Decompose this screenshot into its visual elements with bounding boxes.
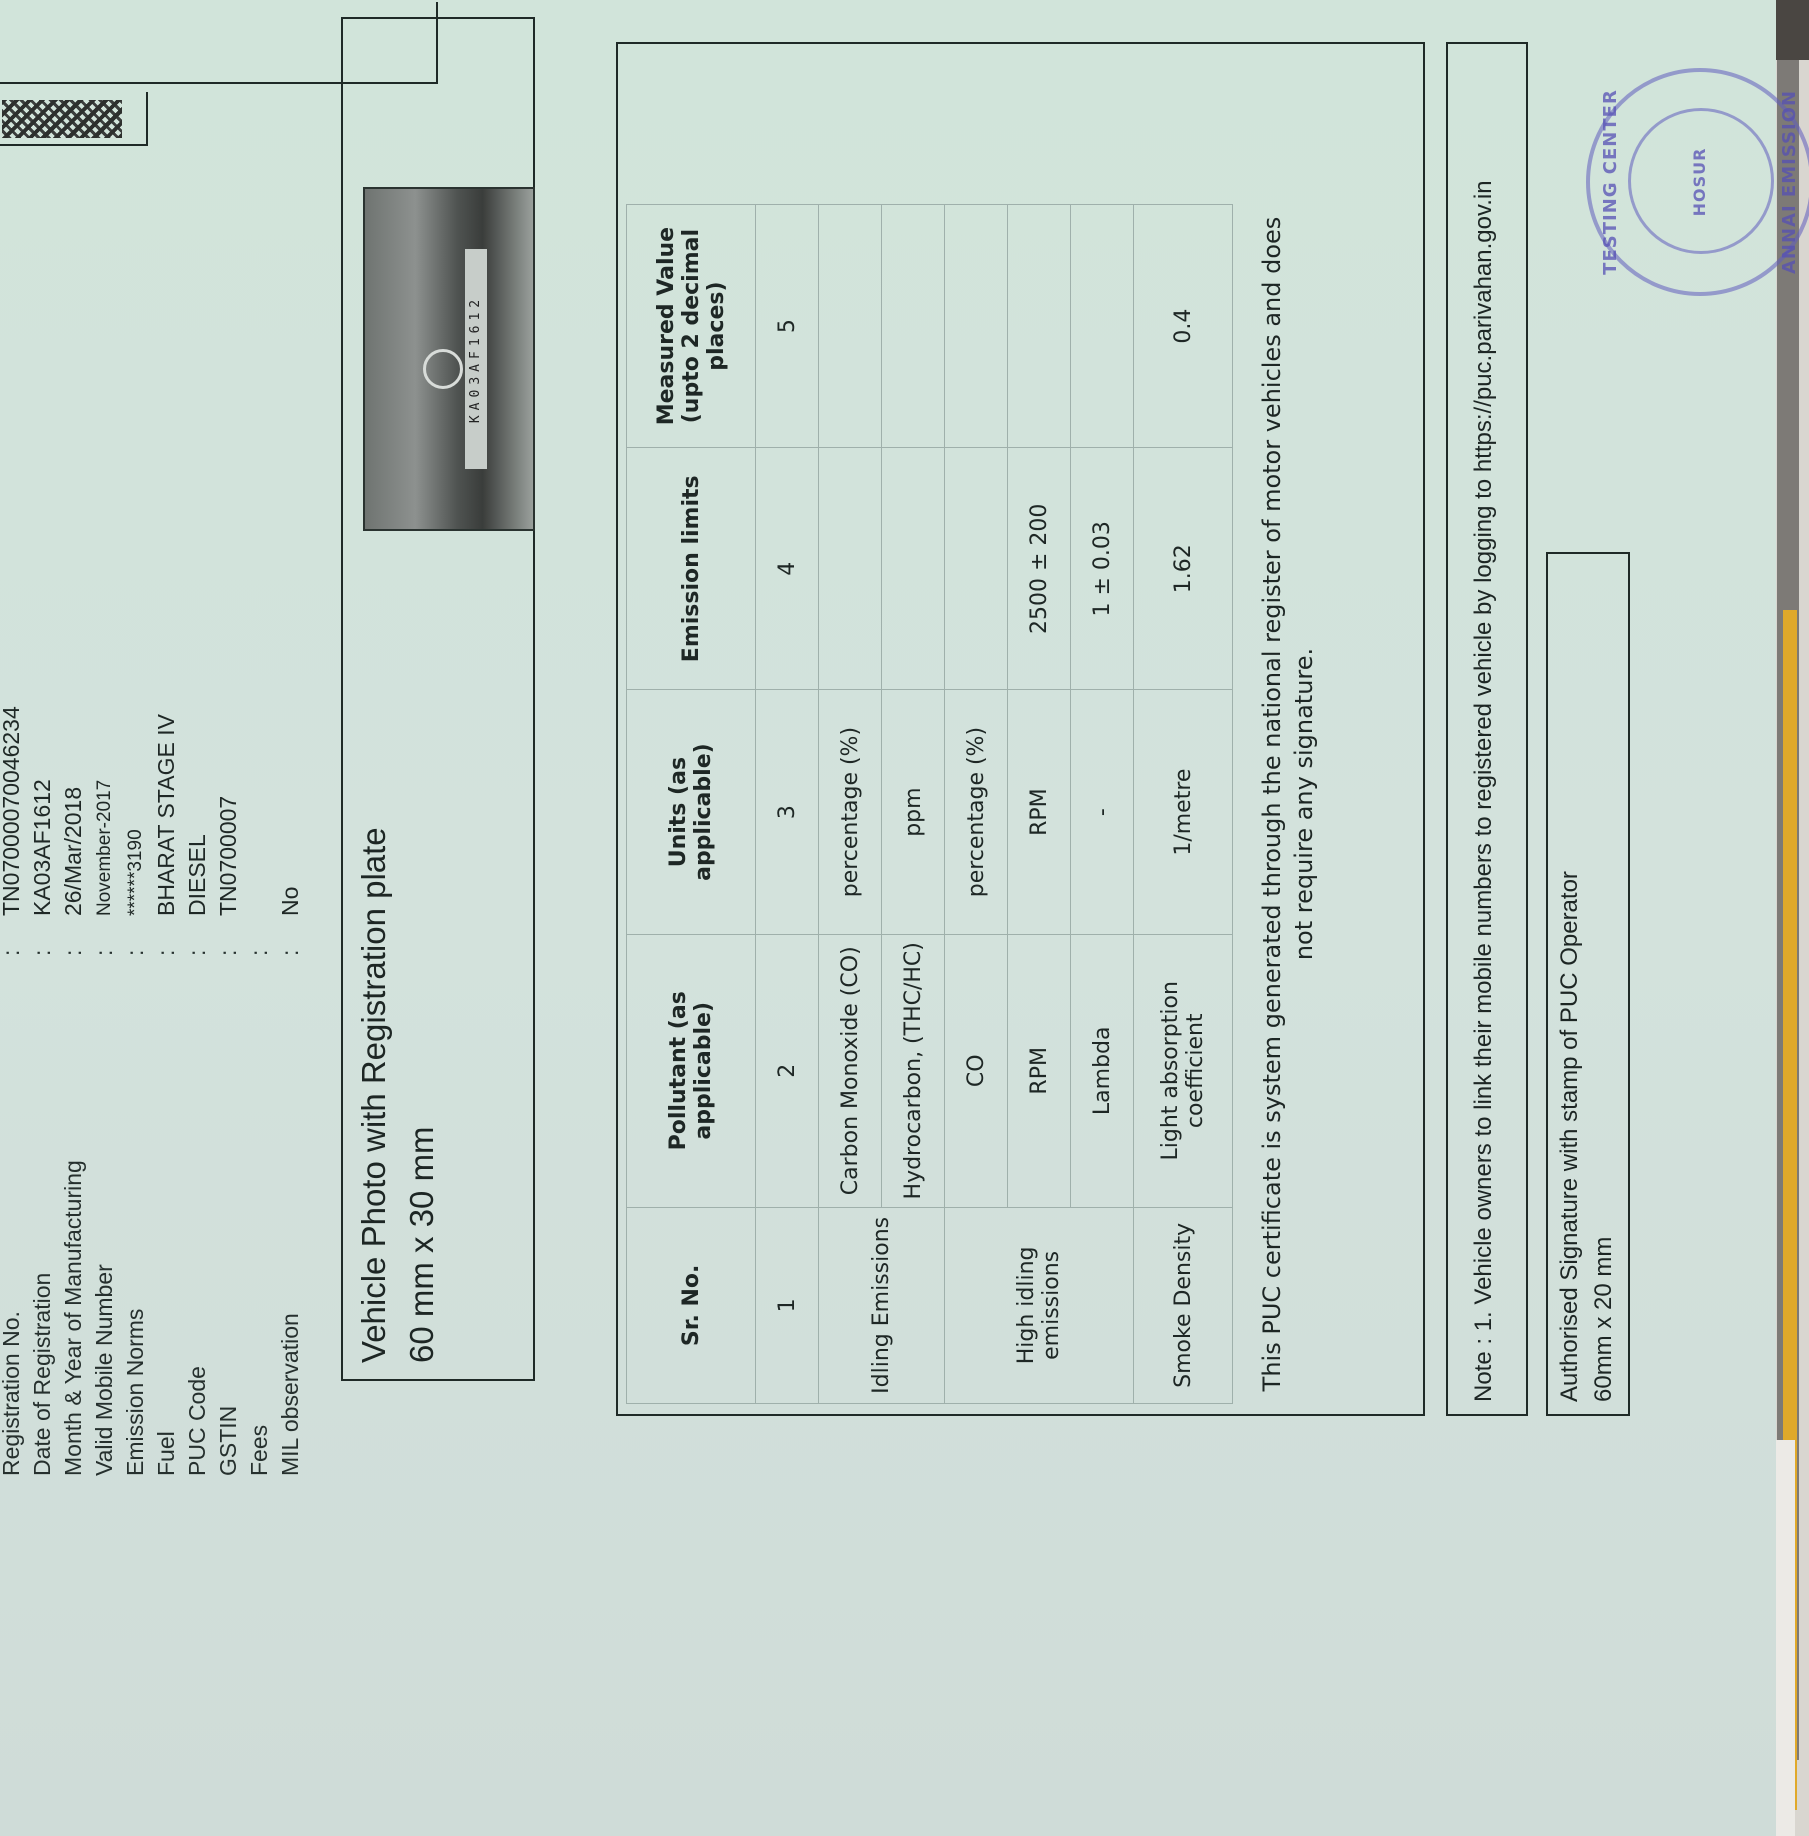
field-value: November-2017 bbox=[94, 780, 116, 916]
field-row: PUC Code:DIESEL bbox=[182, 76, 213, 1476]
field-value: BHARAT STAGE IV bbox=[153, 714, 180, 916]
table-cell: 3 bbox=[756, 690, 819, 934]
field-value: 26/Mar/2018 bbox=[60, 787, 87, 916]
field-value: No bbox=[277, 887, 304, 916]
vehicle-photo-section: Vehicle Photo with Registration plate 60… bbox=[341, 17, 535, 1381]
field-value: KA03AF1612 bbox=[29, 779, 56, 916]
stamp-text-top: TESTING CENTER bbox=[1600, 72, 1621, 292]
table-row: High idling emissions CO percentage (%) bbox=[945, 205, 1008, 1404]
column-header: Units (as applicable) bbox=[627, 690, 756, 934]
system-generated-note: This PUC certificate is system generated… bbox=[1256, 204, 1320, 1404]
table-cell: Lambda bbox=[1071, 934, 1134, 1207]
field-value: TN07000070046234 bbox=[0, 706, 25, 916]
signature-size: 60mm x 20 mm bbox=[1590, 1237, 1618, 1402]
group-cell: Smoke Density bbox=[1134, 1207, 1233, 1403]
field-row: Registration No.:TN07000070046234 bbox=[0, 76, 27, 1476]
table-cell: 2500 ± 200 bbox=[1008, 448, 1071, 690]
signature-label: Authorised Signature with stamp of PUC O… bbox=[1556, 871, 1584, 1402]
field-label: MIL observation bbox=[277, 956, 304, 1476]
field-label: Month & Year of Manufacturing bbox=[60, 956, 87, 1476]
field-label: PUC Code bbox=[184, 956, 211, 1476]
qr-code bbox=[2, 100, 122, 138]
table-cell: Hydrocarbon, (THC/HC) bbox=[882, 934, 945, 1207]
table-cell: 4 bbox=[756, 448, 819, 690]
field-row: Date of Registration:KA03AF1612 bbox=[27, 76, 58, 1476]
photo-title: Vehicle Photo with Registration plate bbox=[355, 827, 393, 1363]
mobile-link-note: Note : 1. Vehicle owners to link their m… bbox=[1470, 180, 1498, 1402]
table-cell: 1.62 bbox=[1134, 448, 1233, 690]
table-row: Idling Emissions Carbon Monoxide (CO) pe… bbox=[819, 205, 882, 1404]
table-cell: 1/metre bbox=[1134, 690, 1233, 934]
column-header: Emission limits bbox=[627, 448, 756, 690]
table-cell: Light absorption coefficient bbox=[1134, 934, 1233, 1207]
table-cell: 1 bbox=[756, 1207, 819, 1403]
table-cell: percentage (%) bbox=[945, 690, 1008, 934]
table-cell bbox=[819, 205, 882, 448]
field-colon: : bbox=[91, 916, 118, 956]
table-cell bbox=[945, 448, 1008, 690]
operator-stamp: TESTING CENTER HOSUR ANNAI EMISSION bbox=[1586, 68, 1809, 296]
field-colon: : bbox=[246, 916, 273, 956]
field-row: Valid Mobile Number:November-2017 bbox=[89, 76, 120, 1476]
field-row: GSTIN:TN0700007 bbox=[213, 76, 244, 1476]
field-label: GSTIN bbox=[215, 956, 242, 1476]
table-row: Smoke Density Light absorption coefficie… bbox=[1134, 205, 1233, 1404]
table-cell: 2 bbox=[756, 934, 819, 1207]
field-label: Fees bbox=[246, 956, 273, 1476]
table-cell: CO bbox=[945, 934, 1008, 1207]
table-row: 1 2 3 4 5 bbox=[756, 205, 819, 1404]
field-value: DIESEL bbox=[184, 834, 211, 916]
table-header-row: Sr. No. Pollutant (as applicable) Units … bbox=[627, 205, 756, 1404]
signature-box: Authorised Signature with stamp of PUC O… bbox=[1546, 552, 1630, 1416]
photo-stage: Page 1 of 2 Registration No.:TN070000700… bbox=[0, 0, 1809, 1836]
emission-table: Sr. No. Pollutant (as applicable) Units … bbox=[626, 204, 1233, 1404]
stamp-text-center: HOSUR bbox=[1690, 72, 1709, 292]
table-cell bbox=[882, 448, 945, 690]
table-cell: Carbon Monoxide (CO) bbox=[819, 934, 882, 1207]
table-cell: RPM bbox=[1008, 690, 1071, 934]
field-label: Emission Norms bbox=[122, 956, 149, 1476]
field-colon: : bbox=[0, 916, 25, 956]
table-cell: - bbox=[1071, 690, 1134, 934]
field-colon: : bbox=[184, 916, 211, 956]
table-cell: 1 ± 0.03 bbox=[1071, 448, 1134, 690]
field-colon: : bbox=[122, 916, 149, 956]
table-cell bbox=[882, 205, 945, 448]
group-cell: High idling emissions bbox=[945, 1207, 1134, 1403]
puc-certificate: Registration No.:TN07000070046234 Date o… bbox=[0, 0, 1776, 1836]
field-colon: : bbox=[277, 916, 304, 956]
table-cell: 5 bbox=[756, 205, 819, 448]
table-cell bbox=[819, 448, 882, 690]
car-logo-icon bbox=[423, 349, 463, 389]
field-row: MIL observation:No bbox=[275, 76, 306, 1476]
field-label: Fuel bbox=[153, 956, 180, 1476]
field-row: Fees: bbox=[244, 76, 275, 1476]
group-cell: Idling Emissions bbox=[819, 1207, 945, 1403]
photo-size: 60 mm x 30 mm bbox=[403, 1126, 441, 1363]
table-cell: RPM bbox=[1008, 934, 1071, 1207]
field-colon: : bbox=[29, 916, 56, 956]
emission-table-section: Sr. No. Pollutant (as applicable) Units … bbox=[616, 42, 1425, 1416]
vehicle-photo: KA03AF1612 bbox=[363, 187, 535, 531]
column-header: Sr. No. bbox=[627, 1207, 756, 1403]
field-value: ******3190 bbox=[125, 829, 147, 916]
column-header: Pollutant (as applicable) bbox=[627, 934, 756, 1207]
field-label: Date of Registration bbox=[29, 956, 56, 1476]
table-cell bbox=[1071, 205, 1134, 448]
field-colon: : bbox=[60, 916, 87, 956]
field-row: Fuel:BHARAT STAGE IV bbox=[151, 76, 182, 1476]
table-cell: 0.4 bbox=[1134, 205, 1233, 448]
note-box: Note : 1. Vehicle owners to link their m… bbox=[1446, 42, 1528, 1416]
stamp-text-bottom: ANNAI EMISSION bbox=[1779, 72, 1800, 292]
field-colon: : bbox=[215, 916, 242, 956]
field-label: Valid Mobile Number bbox=[91, 956, 118, 1476]
field-label: Registration No. bbox=[0, 956, 25, 1476]
field-value: TN0700007 bbox=[215, 796, 242, 916]
table-cell: percentage (%) bbox=[819, 690, 882, 934]
column-header: Measured Value (upto 2 decimal places) bbox=[627, 205, 756, 448]
field-row: Month & Year of Manufacturing:26/Mar/201… bbox=[58, 76, 89, 1476]
table-cell bbox=[945, 205, 1008, 448]
field-row: Emission Norms:******3190 bbox=[120, 76, 151, 1476]
field-colon: : bbox=[153, 916, 180, 956]
vehicle-details: Registration No.:TN07000070046234 Date o… bbox=[0, 76, 306, 1476]
table-cell: ppm bbox=[882, 690, 945, 934]
registration-plate: KA03AF1612 bbox=[465, 249, 487, 469]
table-cell bbox=[1008, 205, 1071, 448]
